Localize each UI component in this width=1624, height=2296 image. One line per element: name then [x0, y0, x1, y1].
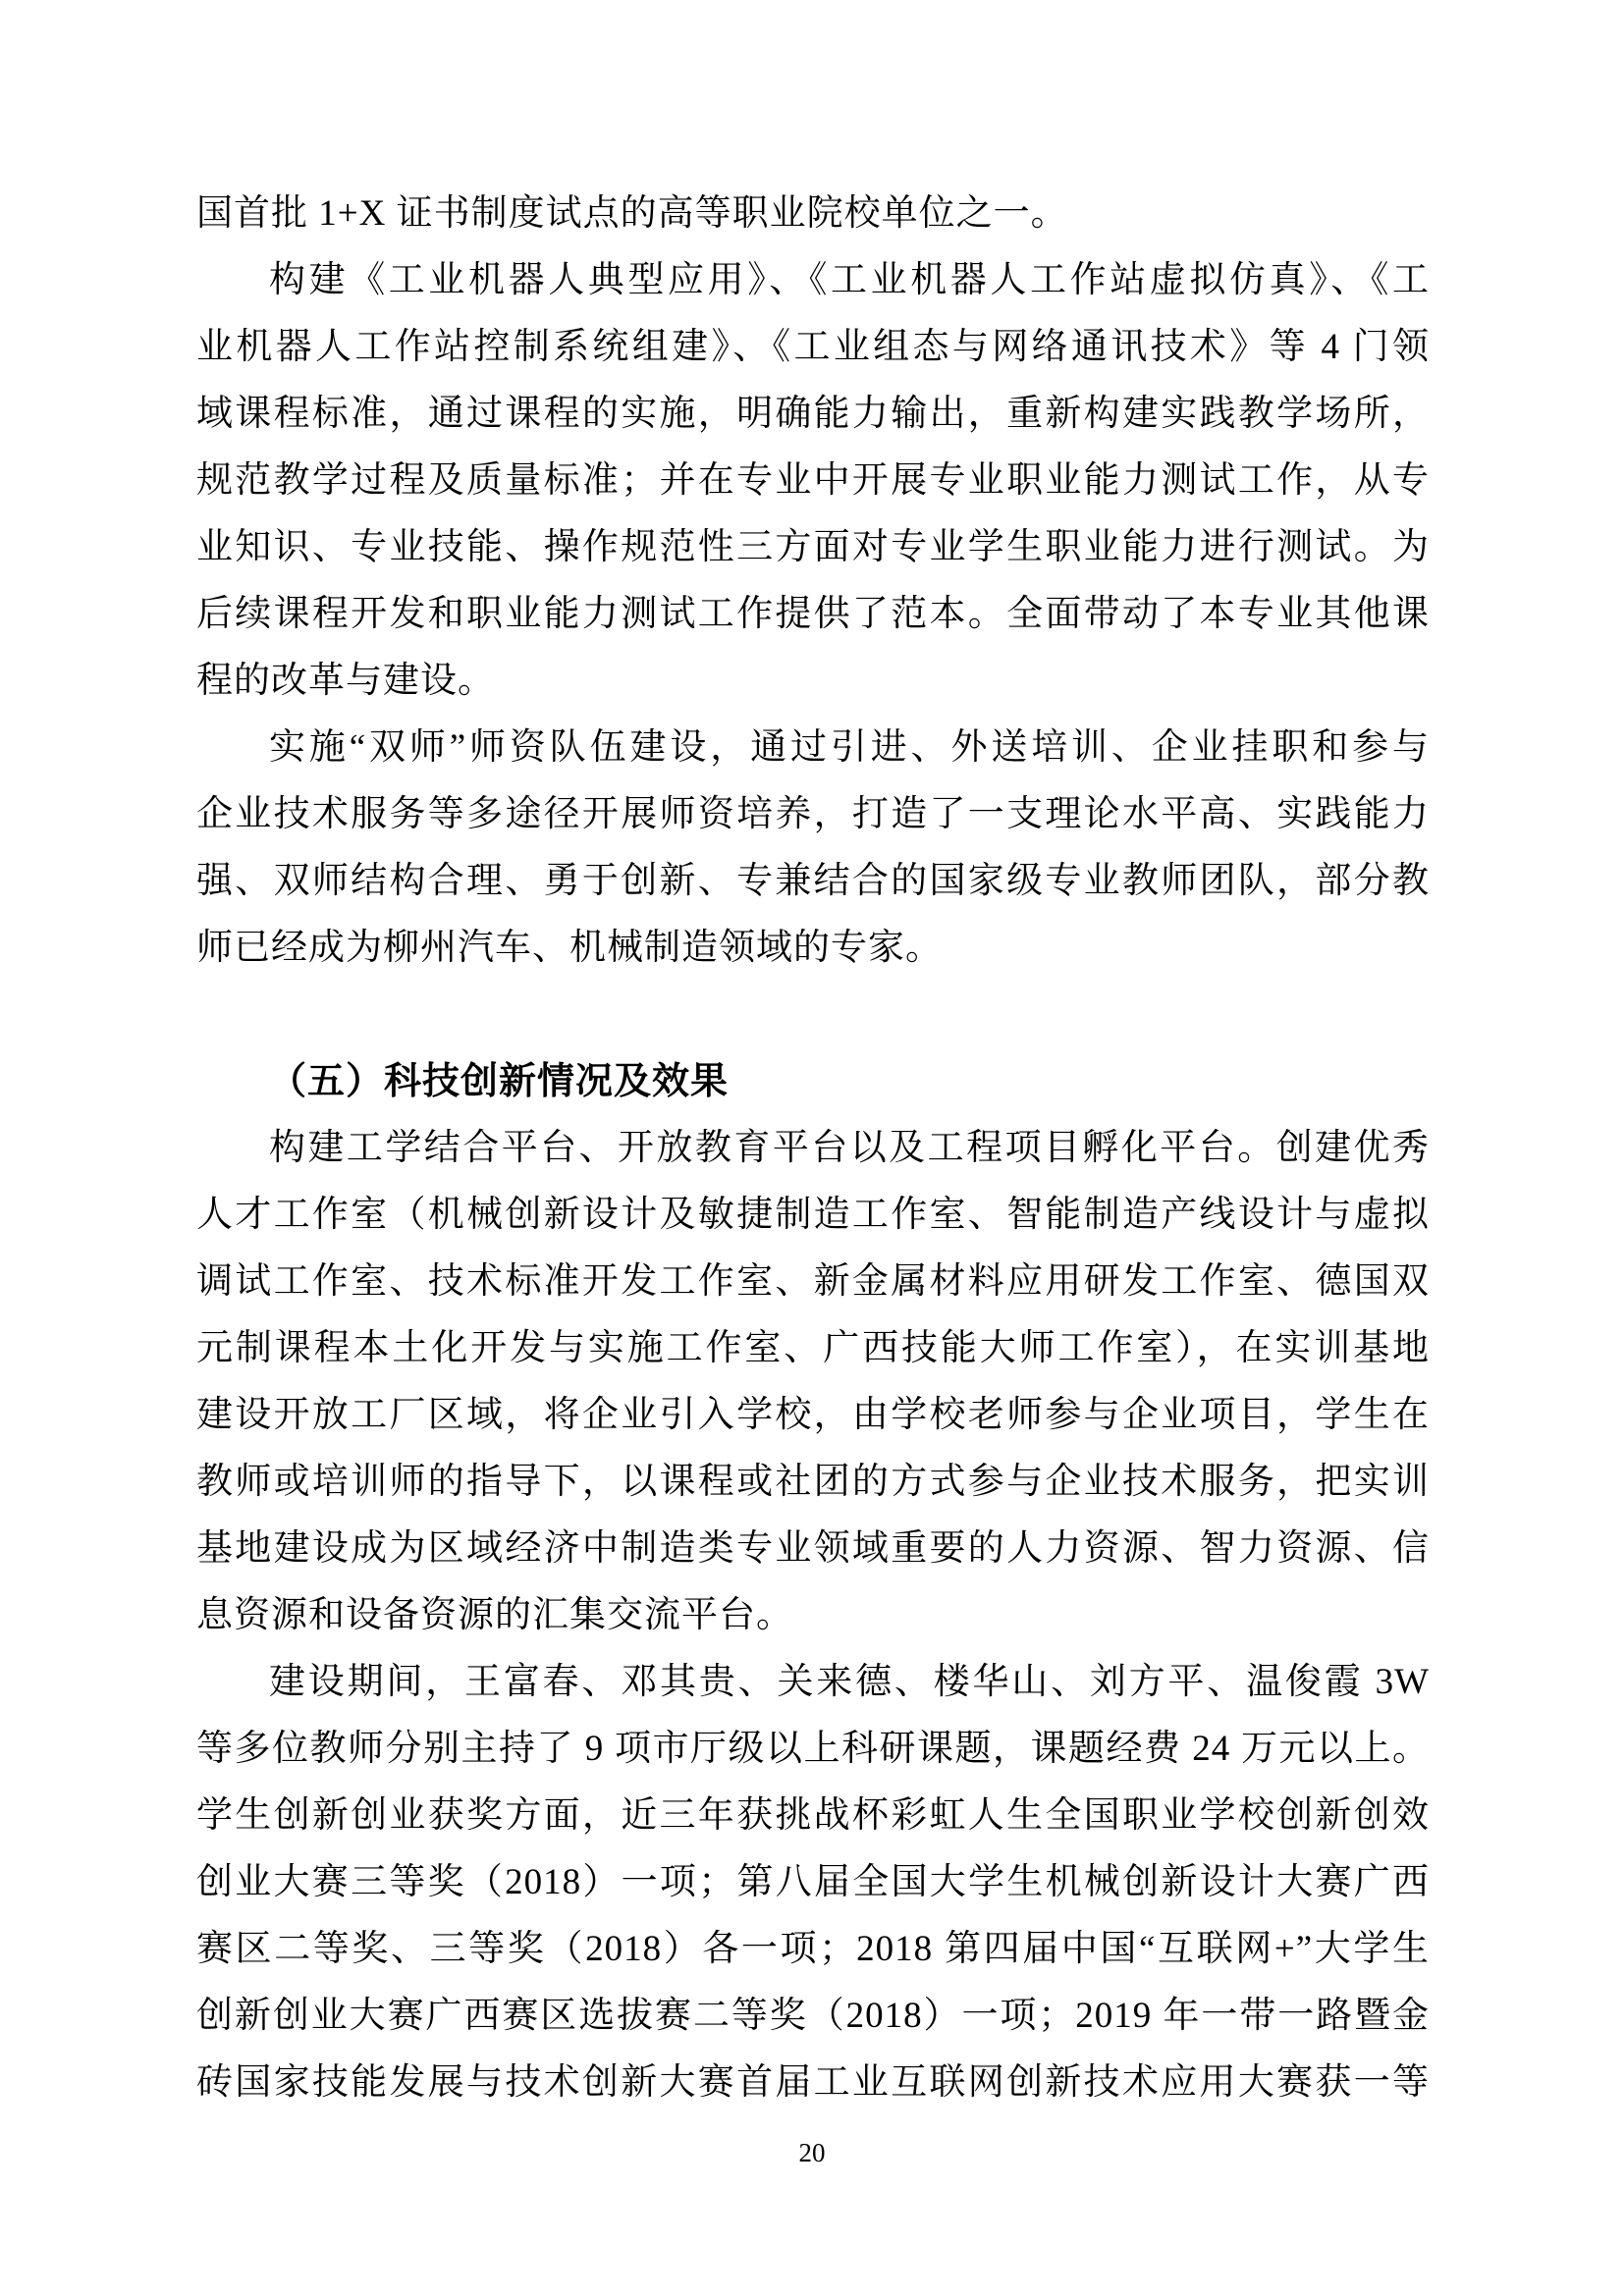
text-line: 教师或培训师的指导下，以课程或社团的方式参与企业技术服务，把实训	[196, 1449, 1430, 1516]
text-line: 创新创业大赛广西赛区选拔赛二等奖（2018）一项；2019 年一带一路暨金	[196, 1983, 1430, 2050]
document-page: 国首批 1+X 证书制度试点的高等职业院校单位之一。 构建《工业机器人典型应用》…	[0, 0, 1624, 2296]
paragraph-course-standards: 构建《工业机器人典型应用》、《工业机器人工作站虚拟仿真》、《工 业机器人工作站控…	[196, 247, 1430, 715]
text-line: 后续课程开发和职业能力测试工作提供了范本。全面带动了本专业其他课	[196, 581, 1430, 648]
text-line: 学生创新创业获奖方面，近三年获挑战杯彩虹人生全国职业学校创新创效	[196, 1783, 1430, 1849]
text-line: 实施“双师”师资队伍建设，通过引进、外送培训、企业挂职和参与	[196, 715, 1430, 781]
page-body: 国首批 1+X 证书制度试点的高等职业院校单位之一。 构建《工业机器人典型应用》…	[196, 181, 1430, 2116]
paragraph-continuation: 国首批 1+X 证书制度试点的高等职业院校单位之一。	[196, 181, 1430, 247]
text-line: 业知识、专业技能、操作规范性三方面对专业学生职业能力进行测试。为	[196, 514, 1430, 581]
section-heading: （五）科技创新情况及效果	[196, 1048, 1430, 1115]
text-line: 等多位教师分别主持了 9 项市厅级以上科研课题，课题经费 24 万元以上。	[196, 1716, 1430, 1783]
text-line: 砖国家技能发展与技术创新大赛首届工业互联网创新技术应用大赛获一等	[196, 2050, 1430, 2116]
text-line: 建设开放工厂区域，将企业引入学校，由学校老师参与企业项目，学生在	[196, 1382, 1430, 1449]
text-line: 企业技术服务等多途径开展师资培养，打造了一支理论水平高、实践能力	[196, 781, 1430, 848]
text-line: 规范教学过程及质量标准；并在专业中开展专业职业能力测试工作，从专	[196, 448, 1430, 514]
text-line: 元制课程本土化开发与实施工作室、广西技能大师工作室），在实训基地	[196, 1315, 1430, 1382]
text-line: 程的改革与建设。	[196, 648, 1430, 715]
text-line: 国首批 1+X 证书制度试点的高等职业院校单位之一。	[196, 181, 1430, 247]
paragraph-achievements: 建设期间，王富春、邓其贵、关来德、楼华山、刘方平、温俊霞 3W 等多位教师分别主…	[196, 1649, 1430, 2116]
text-line: 域课程标准，通过课程的实施，明确能力输出，重新构建实践教学场所，	[196, 381, 1430, 448]
text-line: 强、双师结构合理、勇于创新、专兼结合的国家级专业教师团队，部分教	[196, 848, 1430, 915]
page-number: 20	[0, 2128, 1624, 2177]
text-line: 建设期间，王富春、邓其贵、关来德、楼华山、刘方平、温俊霞 3W	[196, 1649, 1430, 1716]
text-line: 创业大赛三等奖（2018）一项；第八届全国大学生机械创新设计大赛广西	[196, 1849, 1430, 1916]
text-line: 调试工作室、技术标准开发工作室、新金属材料应用研发工作室、德国双	[196, 1249, 1430, 1315]
text-line: 业机器人工作站控制系统组建》、《工业组态与网络通讯技术》等 4 门领	[196, 314, 1430, 381]
text-line: 师已经成为柳州汽车、机械制造领域的专家。	[196, 915, 1430, 982]
paragraph-teacher-team: 实施“双师”师资队伍建设，通过引进、外送培训、企业挂职和参与 企业技术服务等多途…	[196, 715, 1430, 982]
text-line: 基地建设成为区域经济中制造类专业领域重要的人力资源、智力资源、信	[196, 1516, 1430, 1582]
text-line: 人才工作室（机械创新设计及敏捷制造工作室、智能制造产线设计与虚拟	[196, 1182, 1430, 1249]
text-line: 赛区二等奖、三等奖（2018）各一项；2018 第四届中国“互联网+”大学生	[196, 1916, 1430, 1983]
paragraph-platforms: 构建工学结合平台、开放教育平台以及工程项目孵化平台。创建优秀 人才工作室（机械创…	[196, 1115, 1430, 1649]
text-line: 息资源和设备资源的汇集交流平台。	[196, 1582, 1430, 1649]
text-line: 构建工学结合平台、开放教育平台以及工程项目孵化平台。创建优秀	[196, 1115, 1430, 1182]
text-line: 构建《工业机器人典型应用》、《工业机器人工作站虚拟仿真》、《工	[196, 247, 1430, 314]
